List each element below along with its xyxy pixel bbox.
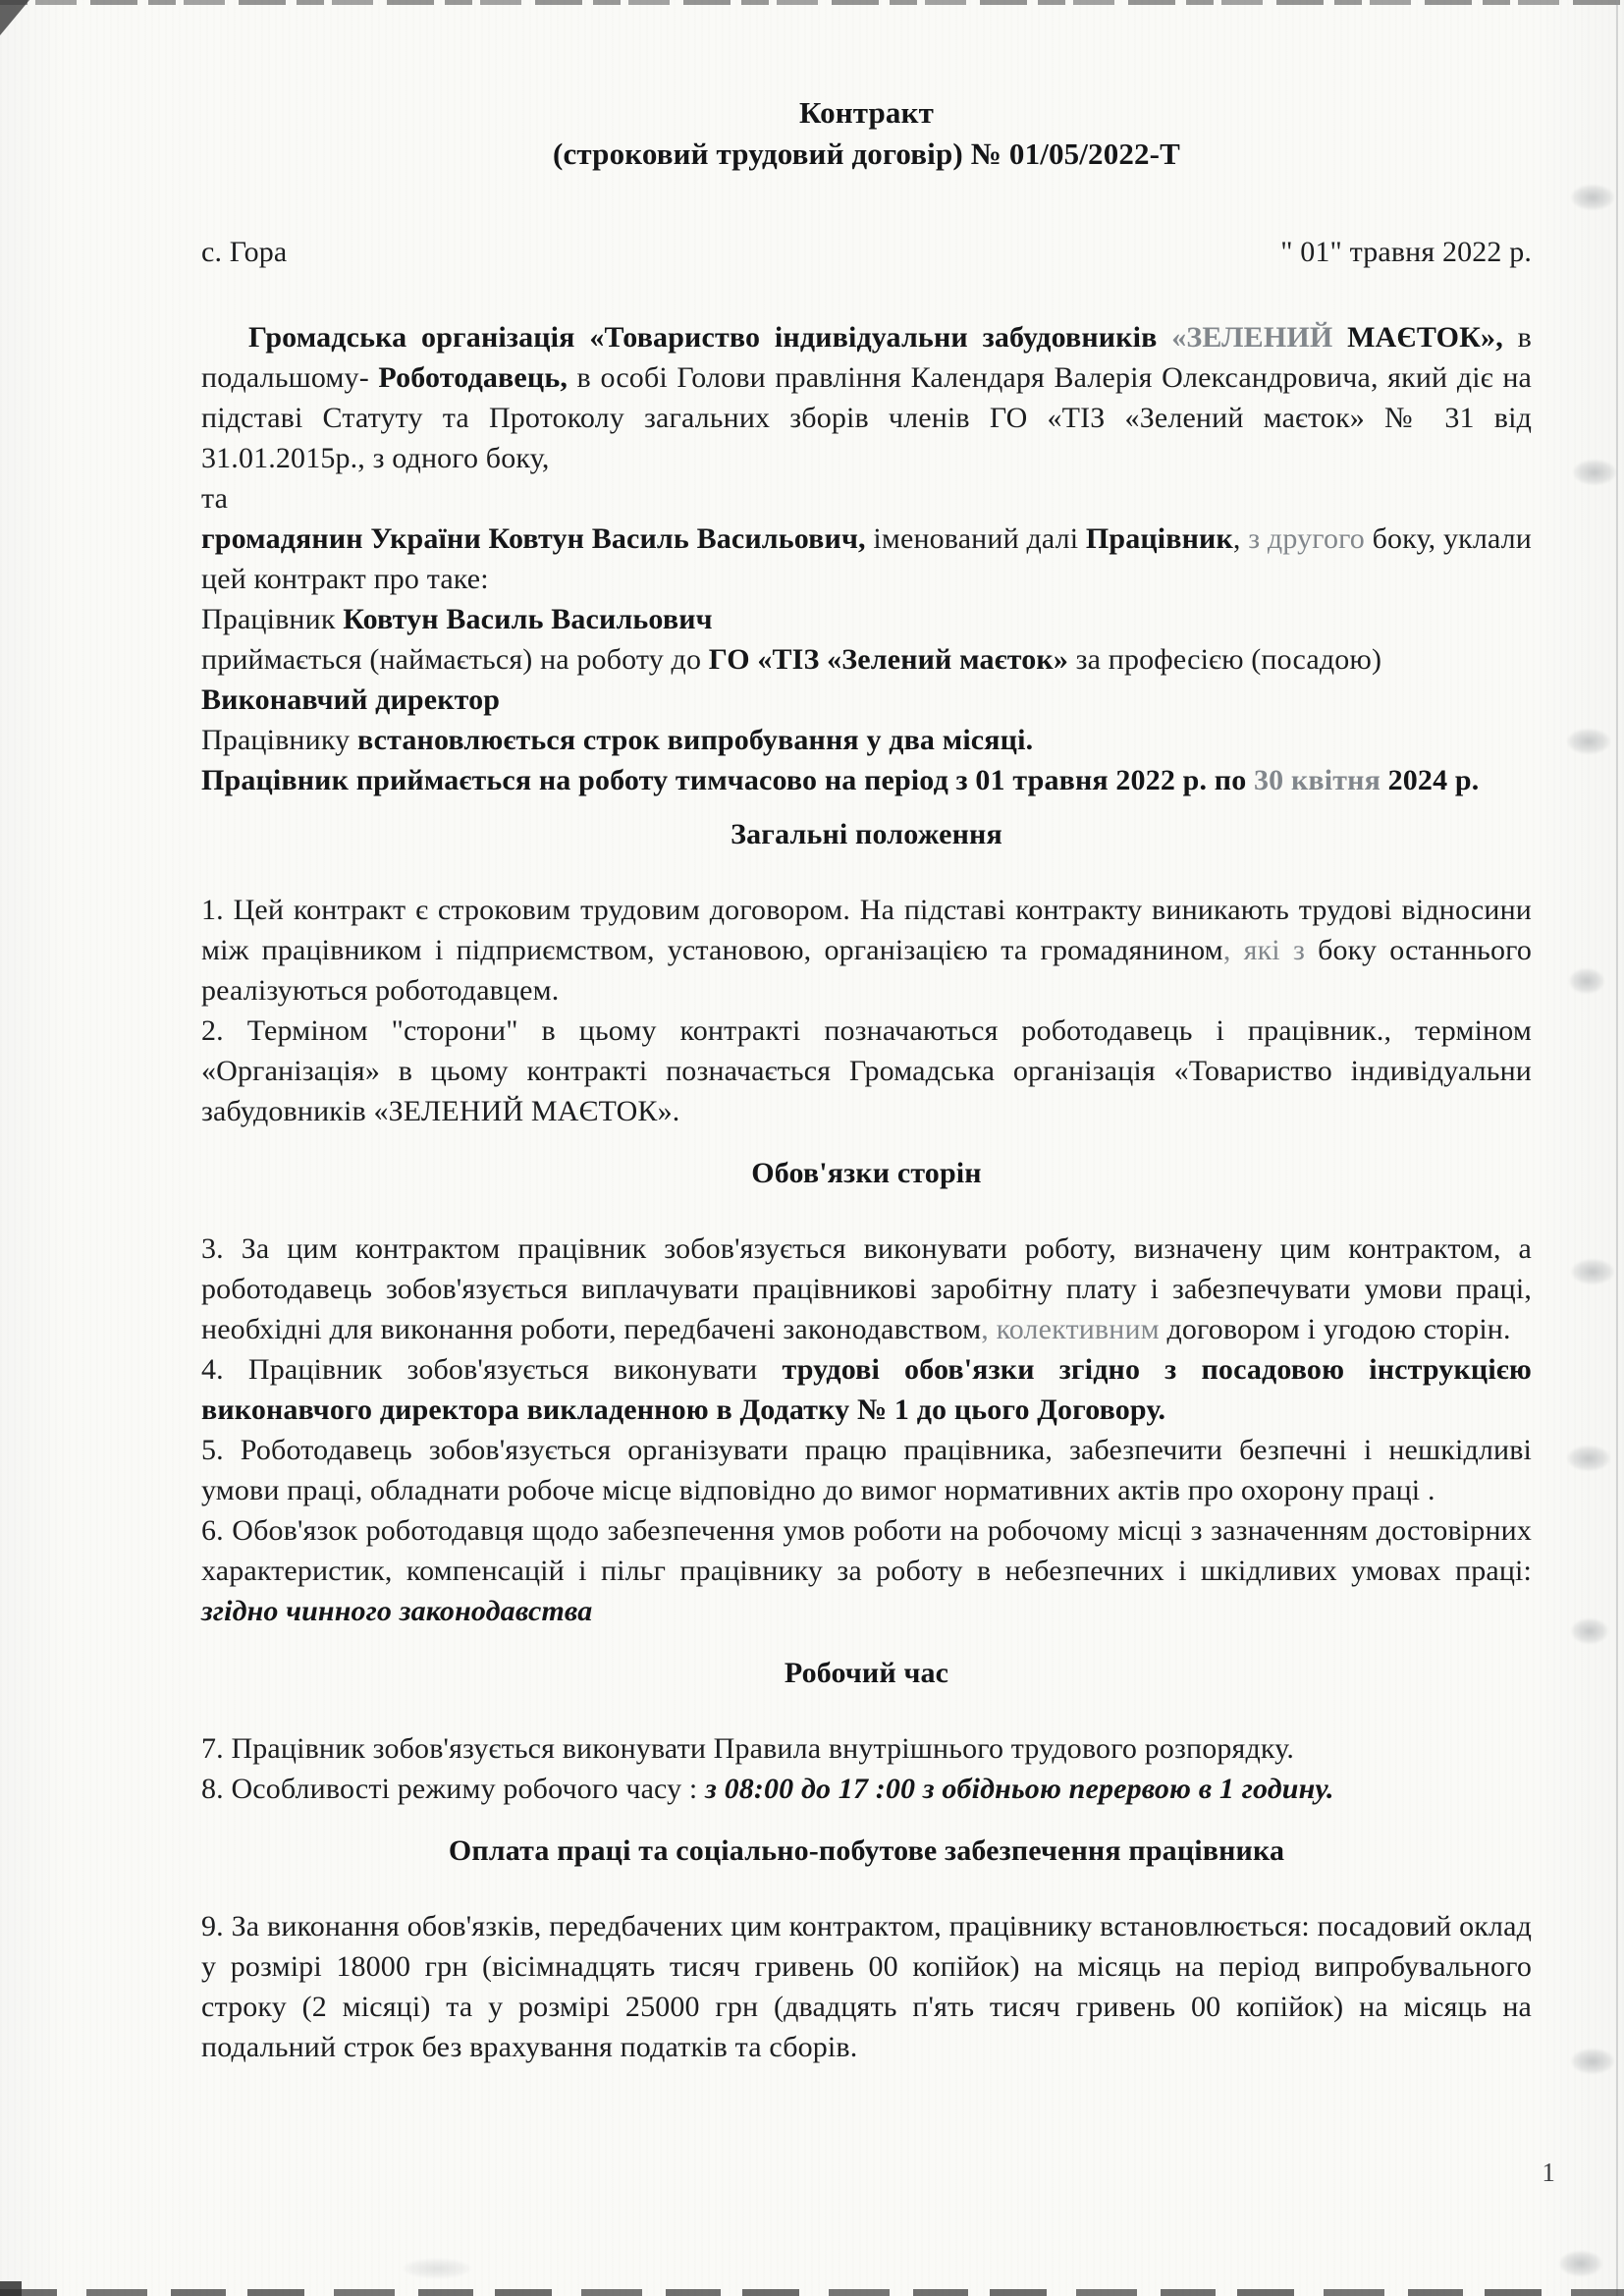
text-segment: Обов'язки сторін bbox=[751, 1157, 981, 1189]
section-working-hours: Робочий час bbox=[201, 1653, 1532, 1693]
text-segment: з 08:00 до 17 :00 з обідньою перервою в … bbox=[705, 1773, 1334, 1805]
text-segment: Ковтун Василь Васильович bbox=[343, 603, 712, 635]
text-segment: Роботодавець, bbox=[378, 361, 568, 394]
text-segment: Оплата праці та соціально-побутове забез… bbox=[449, 1834, 1284, 1867]
place-date-line: с. Гора" 01" травня 2022 р. bbox=[201, 232, 1532, 272]
clause-7: 7. Працівник зобов'язується виконувати П… bbox=[201, 1728, 1532, 1769]
scan-artifact-bottom-edge bbox=[0, 2289, 1624, 2296]
text-segment: 4. Працівник зобов'язується виконувати bbox=[201, 1353, 782, 1386]
contract-page: Контракт(строковий трудовий договір) № 0… bbox=[0, 0, 1624, 2296]
text-segment: с. Гора bbox=[201, 236, 287, 268]
clause-9: 9. За виконання обов'язків, передбачених… bbox=[201, 1906, 1532, 2067]
text-segment: Виконавчий директор bbox=[201, 683, 500, 716]
position-line: Виконавчий директор bbox=[201, 680, 1532, 720]
scan-smudge bbox=[1567, 729, 1610, 754]
text-segment: «ЗЕЛЕНИЙ bbox=[1171, 321, 1332, 354]
scan-smudge bbox=[1573, 460, 1616, 485]
place-label: с. Гора bbox=[201, 232, 287, 272]
text-segment: Загальні положення bbox=[731, 818, 1002, 850]
employee-name-line: Працівник Ковтун Василь Васильович bbox=[201, 599, 1532, 639]
preamble-employer: Громадська організація «Товариство індив… bbox=[201, 317, 1532, 478]
scan-artifact-right-edge bbox=[1616, 0, 1618, 2296]
probation-line: Працівнику встановлюється строк випробув… bbox=[201, 720, 1532, 760]
section-general-provisions: Загальні положення bbox=[201, 814, 1532, 854]
text-segment: 6. Обов'язок роботодавця щодо забезпечен… bbox=[201, 1514, 1532, 1587]
text-segment: " 01" травня 2022 р. bbox=[1280, 236, 1532, 268]
scan-smudge bbox=[403, 2259, 471, 2278]
text-segment: 30 квітня bbox=[1254, 764, 1380, 796]
scan-smudge bbox=[1571, 1259, 1614, 1285]
section-payment: Оплата праці та соціально-побутове забез… bbox=[201, 1831, 1532, 1871]
text-segment: з другого bbox=[1248, 522, 1365, 555]
scan-smudge bbox=[1571, 1618, 1608, 1644]
scan-smudge bbox=[1571, 2049, 1614, 2074]
text-segment: згідно чинного законодавства bbox=[201, 1595, 592, 1627]
section-obligations: Обов'язки сторін bbox=[201, 1153, 1532, 1193]
text-segment: Робочий час bbox=[785, 1657, 948, 1689]
page-number: 1 bbox=[1542, 2153, 1555, 2193]
text-segment: іменований далі bbox=[866, 522, 1086, 555]
text-segment: приймається (наймається) на роботу до bbox=[201, 643, 709, 676]
clause-6: 6. Обов'язок роботодавця щодо забезпечен… bbox=[201, 1510, 1532, 1631]
contract-title: Контракт bbox=[201, 92, 1532, 134]
text-segment: 8. Особливості режиму робочого часу : bbox=[201, 1773, 705, 1805]
scan-smudge bbox=[1571, 185, 1614, 210]
preamble-employee: громадянин України Ковтун Василь Васильо… bbox=[201, 519, 1532, 599]
scan-artifact-top-edge bbox=[0, 0, 1624, 5]
text-segment: 2024 р. bbox=[1380, 764, 1479, 796]
text-segment: 9. За виконання обов'язків, передбачених… bbox=[201, 1910, 1532, 2063]
clause-2: 2. Терміном "сторони" в цьому контракті … bbox=[201, 1011, 1532, 1131]
date-label: " 01" травня 2022 р. bbox=[1280, 232, 1532, 272]
scan-smudge bbox=[1569, 968, 1604, 994]
scan-artifact-bottom-left-corner bbox=[0, 2281, 22, 2296]
text-segment: Громадська організація «Товариство індив… bbox=[248, 321, 1171, 354]
text-segment: 5. Роботодавець зобов'язується організув… bbox=[201, 1434, 1532, 1506]
clause-4: 4. Працівник зобов'язується виконувати т… bbox=[201, 1349, 1532, 1430]
text-segment: та bbox=[201, 482, 228, 515]
text-segment: (строковий трудовий договір) № 01/05/202… bbox=[553, 137, 1180, 171]
scan-artifact-top-left-corner bbox=[0, 0, 29, 35]
text-segment: , колективним bbox=[981, 1313, 1160, 1345]
text-segment: ГО «ТІЗ «Зелений маєток» bbox=[709, 643, 1068, 676]
clause-3: 3. За цим контрактом працівник зобов'язу… bbox=[201, 1229, 1532, 1349]
contract-number-line: (строковий трудовий договір) № 01/05/202… bbox=[201, 134, 1532, 175]
scan-smudge bbox=[1567, 1446, 1610, 1471]
temporary-period-paragraph: Працівник приймається на роботу тимчасов… bbox=[201, 760, 1532, 800]
text-segment: МАЄТОК», bbox=[1332, 321, 1503, 354]
text-segment: , bbox=[1233, 522, 1248, 555]
text-segment: договором і угодою сторін. bbox=[1160, 1313, 1511, 1345]
text-segment: Контракт bbox=[799, 95, 934, 130]
clause-5: 5. Роботодавець зобов'язується організув… bbox=[201, 1430, 1532, 1510]
text-segment: , які з bbox=[1223, 934, 1305, 966]
hired-to-line: приймається (наймається) на роботу до ГО… bbox=[201, 639, 1532, 680]
scan-smudge bbox=[1559, 2251, 1602, 2276]
text-segment: 2. Терміном "сторони" в цьому контракті … bbox=[201, 1014, 1532, 1127]
clause-1: 1. Цей контракт є строковим трудовим дог… bbox=[201, 890, 1532, 1011]
text-segment: 7. Працівник зобов'язується виконувати П… bbox=[201, 1732, 1294, 1765]
conjunction-line: та bbox=[201, 478, 1532, 519]
text-segment: встановлюється строк випробування у два … bbox=[357, 724, 1033, 756]
text-segment: за професією (посадою) bbox=[1068, 643, 1381, 676]
text-segment: Працівник приймається на роботу тимчасов… bbox=[201, 764, 1254, 796]
clause-8: 8. Особливості режиму робочого часу : з … bbox=[201, 1769, 1532, 1809]
text-segment: громадянин України Ковтун Василь Васильо… bbox=[201, 522, 866, 555]
contract-body: Контракт(строковий трудовий договір) № 0… bbox=[201, 92, 1532, 2067]
text-segment: Працівник bbox=[1086, 522, 1233, 555]
text-segment: Працівнику bbox=[201, 724, 357, 756]
text-segment: Працівник bbox=[201, 603, 343, 635]
